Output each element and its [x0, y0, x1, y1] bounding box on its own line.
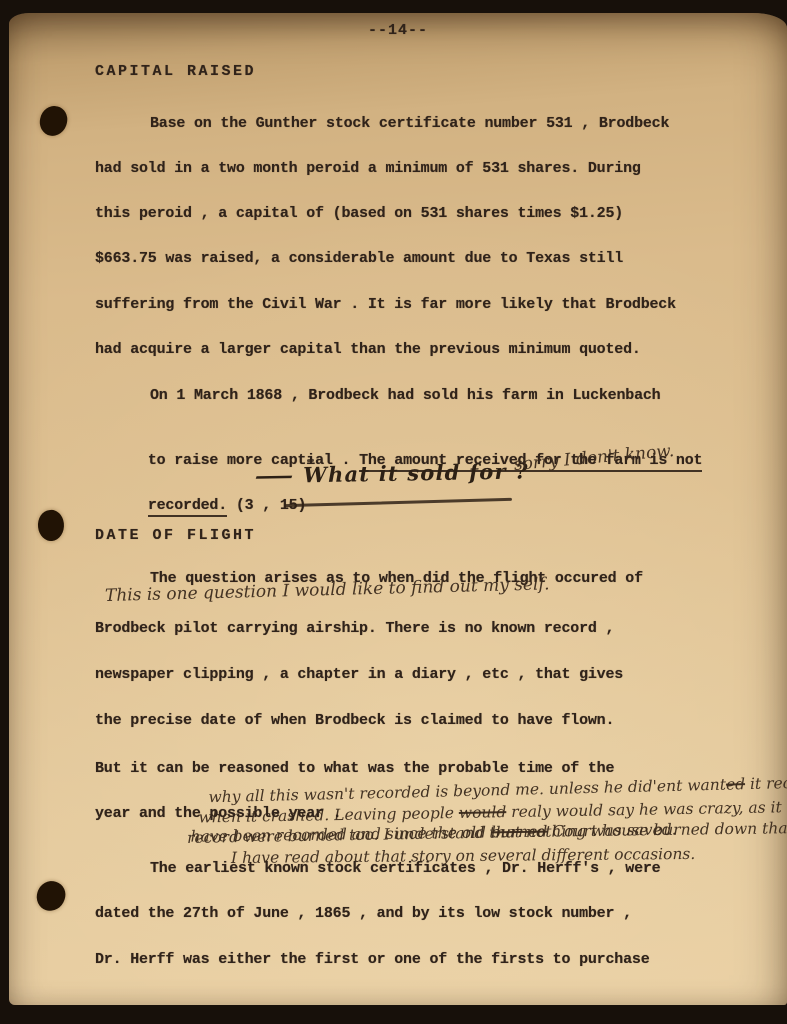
hand-underline: [284, 498, 512, 507]
handwritten-annotation: — What it sold for ?: [264, 460, 529, 486]
document-page: --14-- CAPITAL RAISED Base on the Gunthe…: [9, 13, 787, 1005]
handwritten-question: What it sold for ?: [303, 458, 529, 487]
typed-line: $663.75 was raised, a considerable amoun…: [95, 250, 623, 269]
section-heading-capital-raised: CAPITAL RAISED: [95, 63, 256, 82]
hand-dash: —: [254, 464, 297, 486]
typed-line: this peroid , a capital of (based on 531…: [95, 205, 623, 224]
typed-line: the precise date of when Brodbeck is cla…: [95, 712, 614, 731]
typed-line: suffering from the Civil War . It is far…: [95, 296, 676, 315]
typed-line: had acquire a larger capital than the pr…: [95, 341, 641, 360]
punch-hole: [33, 877, 69, 914]
page-number: --14--: [9, 22, 787, 41]
scanned-document: --14-- CAPITAL RAISED Base on the Gunthe…: [0, 0, 787, 1024]
section-heading-date-of-flight: DATE OF FLIGHT: [95, 527, 256, 546]
typed-line: Dr. Herff was either the first or one of…: [95, 951, 650, 970]
punch-hole: [37, 104, 70, 139]
typed-line: dated the 27th of June , 1865 , and by i…: [95, 905, 632, 924]
typed-line: year and the possible year .: [95, 805, 341, 824]
typed-line: On 1 March 1868 , Brodbeck had sold his …: [150, 387, 661, 406]
typed-line: newspaper clipping , a chapter in a diar…: [95, 666, 623, 685]
punch-hole: [36, 509, 65, 543]
typed-line: The earliest known stock certificates , …: [150, 860, 661, 879]
underlined-typed-fragment: recorded.: [148, 497, 227, 517]
typed-line: Brodbeck pilot carrying airship. There i…: [95, 620, 614, 639]
typed-line: Base on the Gunther stock certificate nu…: [150, 115, 669, 134]
typed-line: had sold in a two month peroid a minimum…: [95, 160, 641, 179]
